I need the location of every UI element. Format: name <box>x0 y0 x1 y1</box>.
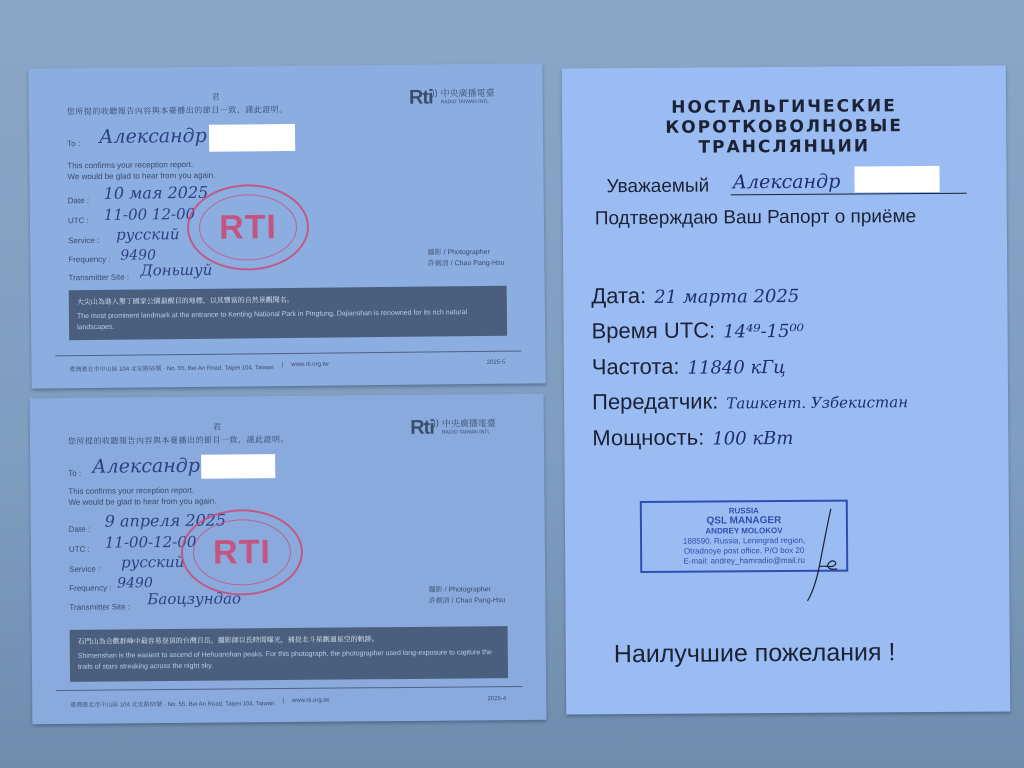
date-label: Date : <box>68 196 89 205</box>
redacted-surname <box>854 166 939 193</box>
logo-mark: Rti <box>410 417 434 440</box>
service-value: русский <box>116 225 180 244</box>
to-value: Александр <box>92 455 200 478</box>
intro-chinese: 您所提的收聽報告內容與本臺播出的節目一致，謹此證明。 <box>68 434 289 447</box>
date-value: 10 мая 2025 <box>104 183 209 203</box>
frequency-label: Frequency : <box>69 584 111 593</box>
card-title: НОСТАЛЬГИЧЕСКИЕ КОРОТКОВОЛНОВЫЕ ТРАНСЛЯН… <box>562 95 1006 158</box>
photo-caption: 大尖山為進入墾丁國家公園最醒目的地標，以其豐富的自然景觀聞名。 The most… <box>69 286 507 341</box>
intro-chinese: 您所提的收聽報告內容與本臺播出的節目一致，謹此證明。 <box>67 104 288 117</box>
logo-english: RADIO TAIWAN INTL <box>442 428 496 437</box>
footer-divider <box>55 351 521 357</box>
nostalgic-shortwave-qsl-card: НОСТАЛЬГИЧЕСКИЕ КОРОТКОВОЛНОВЫЕ ТРАНСЛЯН… <box>562 65 1010 714</box>
photo-credit: 攝影 / Photographer 許劍清 / Chao Pang-Hsu <box>428 247 505 270</box>
rti-qsl-card-2: 君 您所提的收聽報告內容與本臺播出的節目一致，謹此證明。 Rti )) 中央廣播… <box>30 394 547 724</box>
card-code: 2025-4 <box>488 696 507 705</box>
closing-wishes: Наилучшие пожелания ! <box>614 638 896 669</box>
field-date: Дата:21 марта 2025 <box>591 282 799 309</box>
field-time-utc: Время UTC:14⁴⁹-15⁰⁰ <box>591 317 804 344</box>
signature-icon <box>801 507 842 603</box>
footer-divider <box>56 686 522 691</box>
card-footer: 臺灣臺北市中山區 104 北安路55號 · No. 55, Bei An Roa… <box>69 360 505 374</box>
radio-wave-icon: )) <box>432 87 438 97</box>
logo-english: RADIO TAIWAN INTL <box>441 97 495 107</box>
utc-label: UTC : <box>69 545 90 554</box>
transmitter-value: Доньшуй <box>140 261 212 280</box>
redacted-surname <box>209 124 295 152</box>
logo-chinese: 中央廣播電臺 <box>442 419 496 428</box>
date-label: Date : <box>69 525 90 534</box>
rti-logo: Rti )) 中央廣播電臺 RADIO TAIWAN INTL <box>409 86 495 110</box>
logo-chinese: 中央廣播電臺 <box>441 88 495 98</box>
utc-value: 11-00 12-00 <box>104 205 195 224</box>
logo-mark: Rti <box>409 86 433 109</box>
greeting-name: Александр <box>732 171 840 194</box>
field-transmitter: Передатчик:Ташкент. Узбекистан <box>592 387 908 415</box>
confirm-report-text: Подтверждаю Ваш Рапорт о приёме <box>595 206 917 230</box>
confirm-text: This confirms your reception report. We … <box>67 159 215 183</box>
card-footer: 臺灣臺北市中山區 104 北安路55號 · No. 55, Bei An Roa… <box>70 696 506 709</box>
website-link: www.rti.org.tw <box>292 698 329 707</box>
utc-label: UTC : <box>68 216 89 225</box>
transmitter-label: Transmitter Site : <box>69 602 130 612</box>
frequency-label: Frequency : <box>68 255 110 264</box>
card-code: 2025-5 <box>487 360 506 369</box>
to-label: To : <box>68 469 81 478</box>
field-frequency: Частота:11840 кГц <box>592 353 786 380</box>
field-power: Мощность:100 кВт <box>592 424 793 451</box>
greeting: Уважаемый Александр <box>607 176 710 199</box>
to-value: Александр <box>99 125 207 148</box>
confirm-text: This confirms your reception report. We … <box>68 485 216 508</box>
frequency-value: 9490 <box>117 575 153 591</box>
to-label: To : <box>67 139 80 148</box>
rti-logo: Rti )) 中央廣播電臺 RADIO TAIWAN INTL <box>410 416 496 440</box>
rti-red-stamp: RTI <box>181 509 304 596</box>
rti-red-stamp: RTI <box>187 184 310 271</box>
rti-qsl-card-1: 君 您所提的收聽報告內容與本臺播出的節目一致，謹此證明。 Rti )) 中央廣播… <box>28 63 545 388</box>
photo-credit: 攝影 / Photographer 許劍清 / Chao Pang-Hsu <box>429 584 506 607</box>
service-label: Service : <box>69 565 100 574</box>
service-value: русский <box>121 553 185 572</box>
photo-caption: 石門山為合歡群峰中最容易登頂的台灣百岳，攝影師以長時間曝光，捕捉北斗星劃過星空的… <box>70 626 508 682</box>
service-label: Service : <box>68 236 99 245</box>
honorific: 君 <box>212 92 220 103</box>
website-link: www.rti.org.tw <box>291 362 328 371</box>
radio-wave-icon: )) <box>433 417 439 427</box>
honorific: 君 <box>213 422 221 433</box>
redacted-surname <box>201 454 275 479</box>
transmitter-label: Transmitter Site : <box>68 273 129 283</box>
